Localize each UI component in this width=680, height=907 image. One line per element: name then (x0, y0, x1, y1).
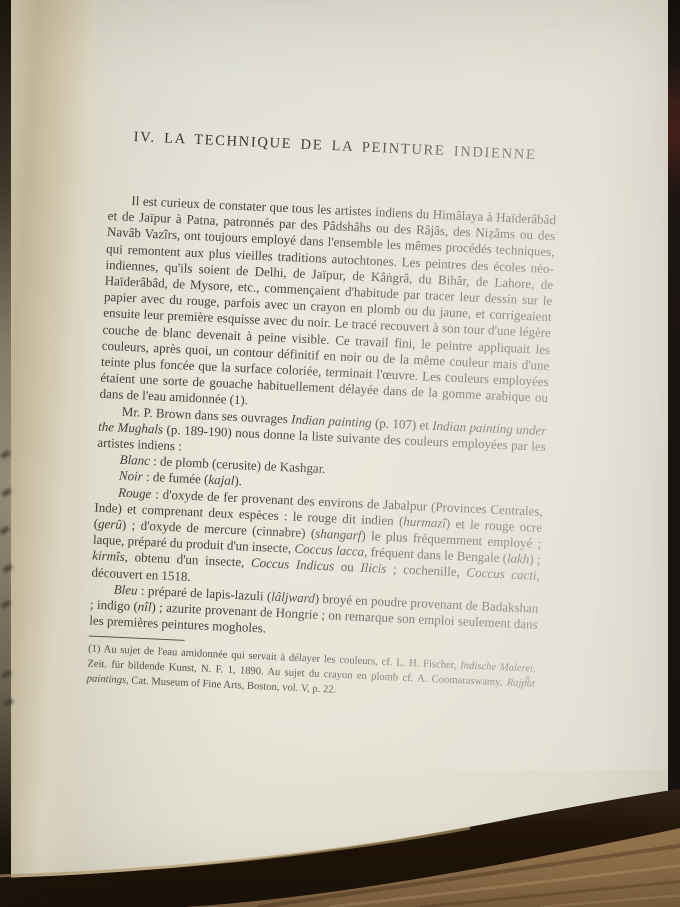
text-segment: Il est curieux de constater que tous les… (99, 193, 556, 408)
text-segment: ). (234, 473, 242, 488)
text-segment: Bleu (113, 581, 137, 597)
text-segment: Coccus lacca (294, 541, 364, 559)
text-segment: ou (334, 559, 361, 575)
text-segment: (p. 107) et (371, 415, 432, 433)
text-segment: ) ; (529, 552, 541, 567)
chapter-title: IV. LA TECHNIQUE DE LA PEINTURE INDIENNE (111, 128, 559, 165)
text-segment: Ilicis (360, 560, 387, 576)
text-segment: lakh (507, 551, 530, 567)
page-content: IV. LA TECHNIQUE DE LA PEINTURE INDIENNE… (86, 122, 559, 707)
text-segment: gerû (98, 516, 122, 532)
right-page-edge (668, 0, 680, 800)
text-segment: Indische Malerei (460, 661, 533, 675)
text-segment: nîl (138, 599, 152, 615)
text-segment: Blanc (119, 452, 150, 468)
fore-edge-stack (0, 0, 96, 897)
book-photo: IV. LA TECHNIQUE DE LA PEINTURE INDIENNE… (0, 0, 680, 907)
text-segment: hurmazî (403, 513, 446, 530)
text-segment: Coccus cacti (466, 565, 537, 583)
text-segment: lâljward (271, 589, 315, 606)
text-segment: kajal (208, 472, 235, 488)
text-segment: Rouge (118, 484, 152, 500)
text-segment: Noir (119, 468, 143, 484)
footnote-rule (89, 636, 185, 641)
text-segment: Coccus Indicus (251, 555, 335, 574)
book-bottom-and-table (0, 775, 680, 907)
text-segment: kirmîs (92, 548, 125, 564)
body-text: Il est curieux de constater que tous les… (89, 192, 556, 649)
text-segment: : de fumée ( (142, 469, 208, 487)
text-segment: ; cochenille, (386, 561, 467, 580)
signature-mark: 8 (525, 675, 530, 685)
footnote: (1) Au sujet de l'eau amidonnée qui serv… (86, 642, 536, 707)
paragraph: Il est curieux de constater que tous les… (99, 192, 556, 423)
text-segment: shangarf (315, 526, 362, 543)
